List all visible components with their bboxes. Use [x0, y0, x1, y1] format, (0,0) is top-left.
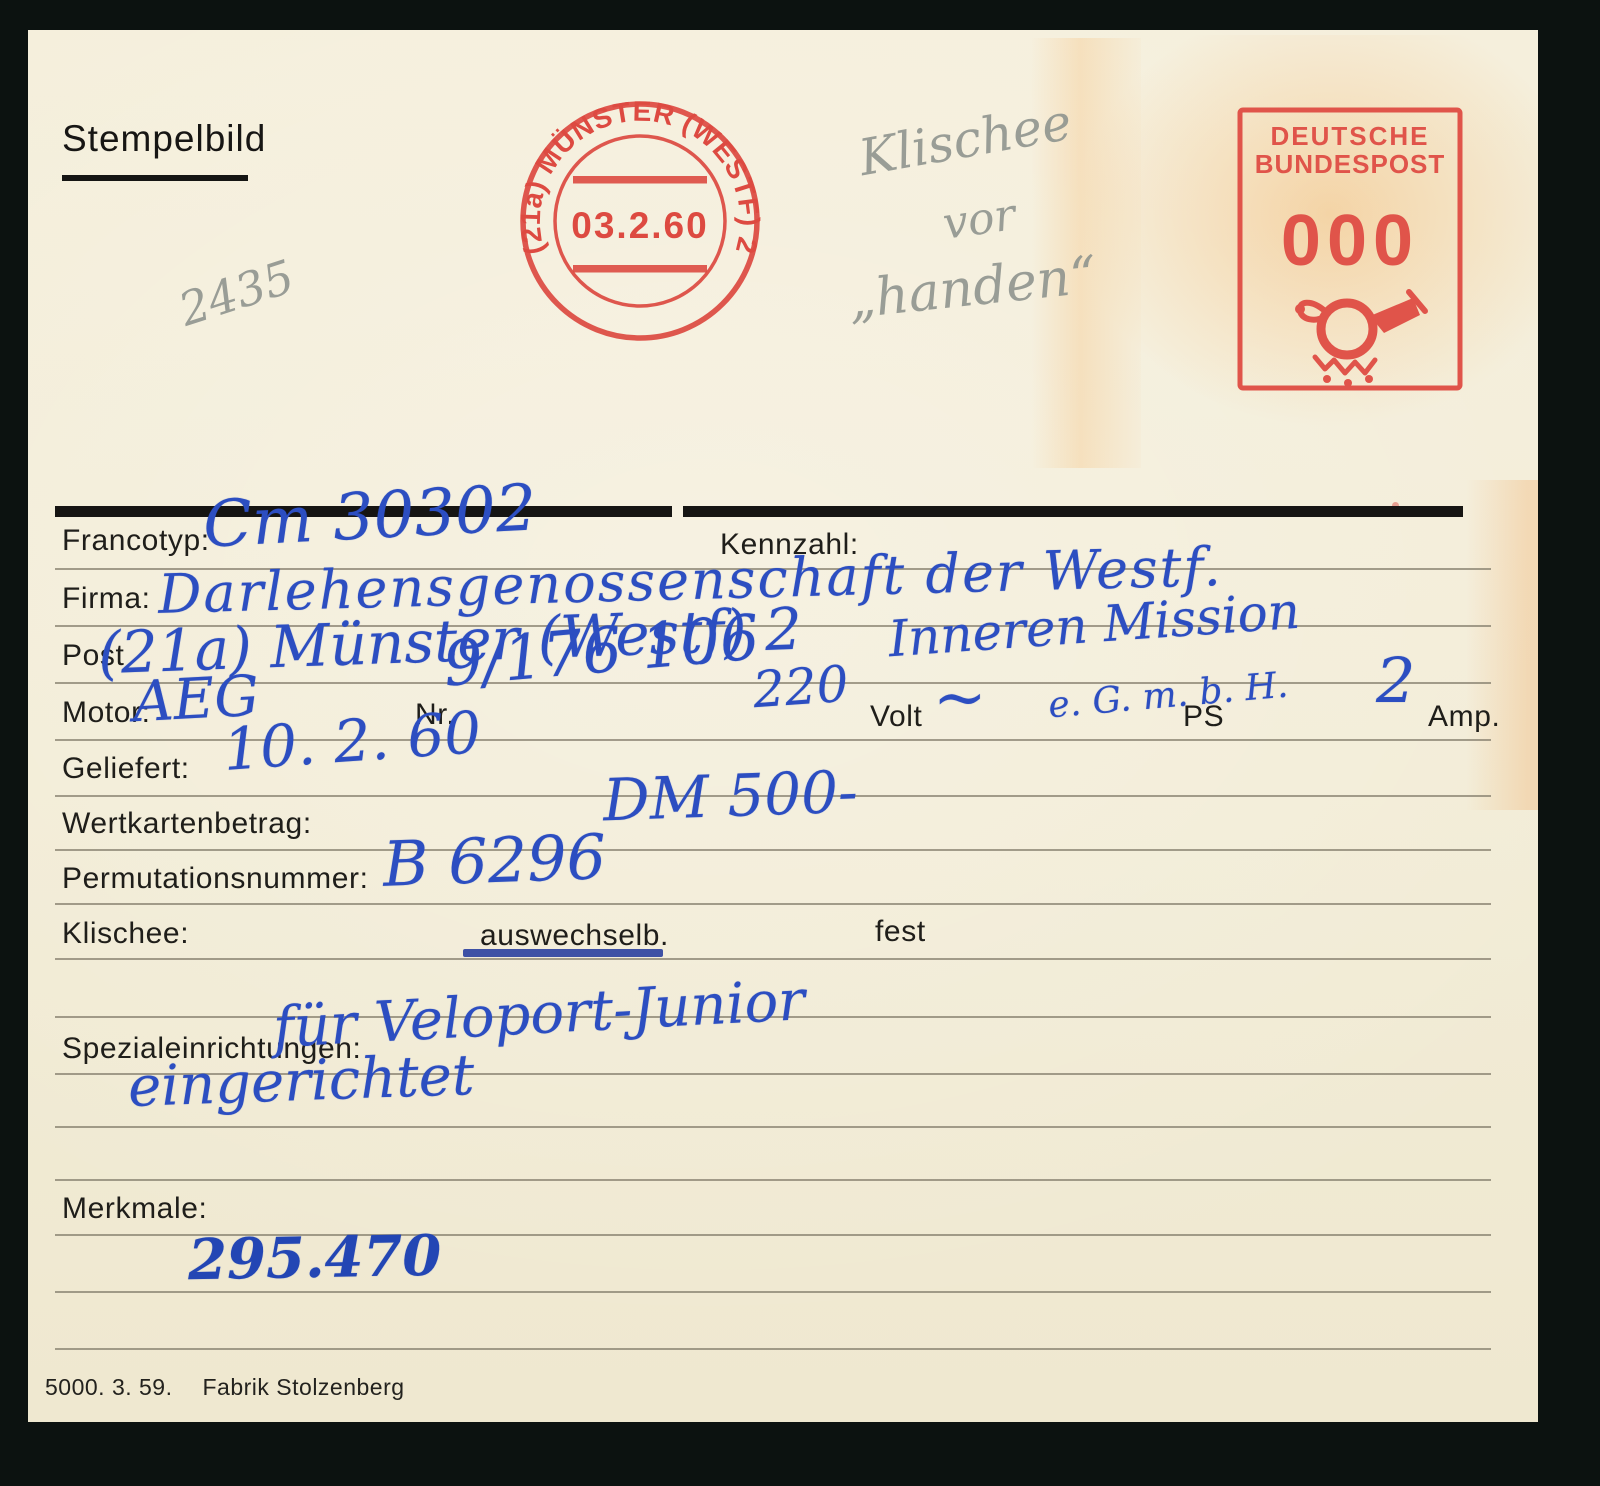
- spezial-value-line2-handwritten: eingerichtet: [127, 1048, 475, 1116]
- merkmale-label: Merkmale:: [62, 1192, 207, 1226]
- postmark-bottom-bar: [573, 265, 707, 273]
- permutationsnummer-value-handwritten: B 6296: [382, 826, 607, 896]
- geliefert-label: Geliefert:: [62, 752, 190, 786]
- imprint-code: 5000. 3. 59.: [45, 1374, 173, 1400]
- ruled-line: [55, 1348, 1491, 1350]
- firma-label: Firma:: [62, 582, 151, 616]
- volt-label: Volt: [870, 700, 922, 734]
- firma-value-line3-handwritten: e. G. m. b. H.: [1047, 668, 1290, 725]
- francotyp-label: Francotyp:: [62, 524, 210, 558]
- merkmale-value-handwritten: 295.470: [188, 1228, 442, 1288]
- imprint: 5000. 3. 59.Fabrik Stolzenberg: [45, 1374, 405, 1401]
- auswechselb-ink-underline: [463, 949, 663, 957]
- klischee-option-fest: fest: [875, 915, 926, 949]
- meter-stamp: DEUTSCHE BUNDESPOST 000: [1235, 105, 1465, 395]
- stain-right-edge: [1466, 480, 1538, 810]
- wertkartenbetrag-label: Wertkartenbetrag:: [62, 807, 312, 841]
- permutationsnummer-label: Permutationsnummer:: [62, 862, 369, 896]
- meter-stamp-operator-line2: BUNDESPOST: [1255, 149, 1446, 179]
- stempelbild-heading: Stempelbild: [62, 118, 266, 160]
- francotyp-value-handwritten: Cm 30302: [202, 476, 538, 557]
- klischee-label: Klischee:: [62, 917, 189, 951]
- postmark-top-bar: [573, 176, 707, 184]
- volt-value-handwritten: 220: [751, 659, 850, 716]
- pencil-note-line2: vor: [940, 193, 1018, 247]
- ruled-line: [55, 903, 1491, 905]
- amp-label: Amp.: [1428, 700, 1500, 734]
- amp-value-handwritten: 2: [1376, 650, 1415, 712]
- geliefert-value-handwritten: 10. 2. 60: [221, 703, 483, 779]
- ruled-line: [55, 1179, 1491, 1181]
- ruled-line: [55, 849, 1491, 851]
- postmark-date: 03.2.60: [571, 205, 708, 246]
- pencil-note-line1: Klischee: [855, 97, 1075, 183]
- wertkartenbetrag-value-handwritten: DM 500-: [602, 763, 859, 830]
- meter-stamp-value: 000: [1281, 201, 1419, 281]
- postmark-stamp: (21a) MÜNSTER (WESTF) 2 03.2.60: [505, 93, 775, 358]
- imprint-name: Fabrik Stolzenberg: [203, 1374, 405, 1400]
- scan-background: Stempelbild 2435 (21a) MÜNSTER (WESTF) 2…: [0, 0, 1600, 1486]
- volt-symbol-handwritten: ~: [933, 666, 987, 730]
- spezial-value-line1-handwritten: für Veloport-Junior: [272, 973, 806, 1057]
- pencil-corner-number: 2435: [174, 253, 300, 333]
- ruled-line: [55, 1126, 1491, 1128]
- posthorn-icon: [1295, 292, 1425, 387]
- klischee-option-auswechselb: auswechselb.: [480, 919, 669, 953]
- separator-bar-right: [683, 506, 1463, 517]
- meter-stamp-operator-line1: DEUTSCHE: [1270, 121, 1429, 151]
- stempelbild-underline: [62, 175, 248, 181]
- ruled-line: [55, 958, 1491, 960]
- registration-card: Stempelbild 2435 (21a) MÜNSTER (WESTF) 2…: [28, 30, 1538, 1422]
- pencil-note-line3: „handen“: [846, 249, 1099, 327]
